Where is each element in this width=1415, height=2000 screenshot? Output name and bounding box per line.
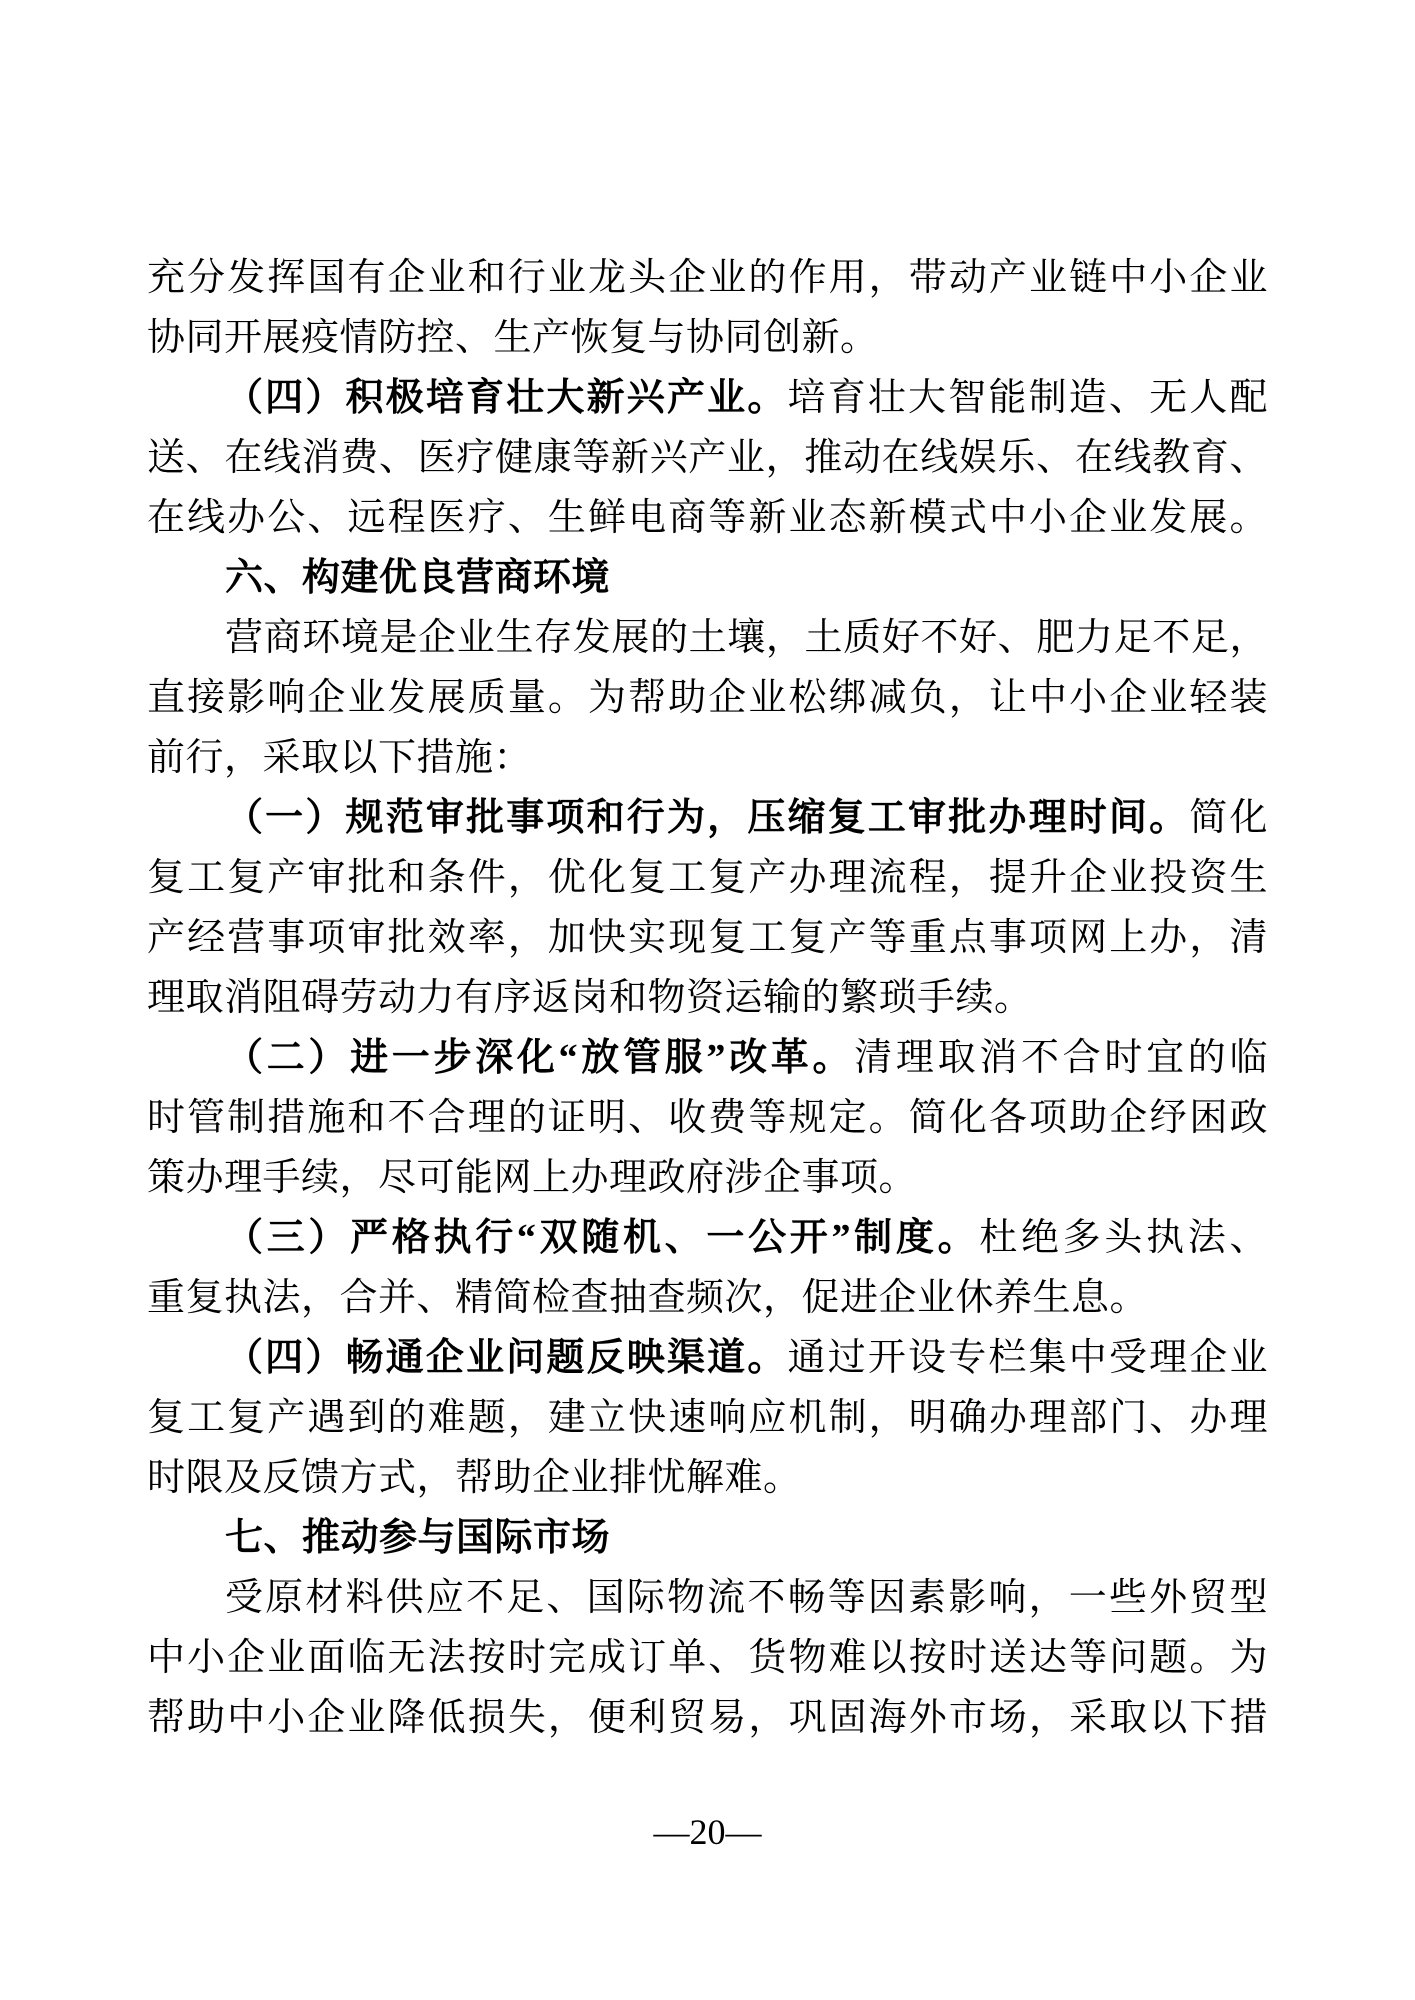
text-line: 在线办公、远程医疗、生鲜电商等新业态新模式中小企业发展。 (147, 488, 1268, 548)
document-page: 充分发挥国有企业和行业龙头企业的作用，带动产业链中小企业协同开展疫情防控、生产恢… (0, 0, 1415, 2000)
section-heading-line: 六、构建优良营商环境 (147, 548, 1268, 608)
body-text: 前行，采取以下措施： (147, 737, 532, 779)
body-text: 时管制措施和不合理的证明、收费等规定。简化各项助企纾困政 (147, 1097, 1268, 1139)
text-line: 直接影响企业发展质量。为帮助企业松绑减负，让中小企业轻装 (147, 668, 1268, 728)
body-text: 时限及反馈方式，帮助企业排忧解难。 (147, 1457, 802, 1499)
text-line: 受原材料供应不足、国际物流不畅等因素影响，一些外贸型 (147, 1568, 1268, 1628)
text-line: 营商环境是企业生存发展的土壤，土质好不好、肥力足不足， (147, 608, 1268, 668)
body-text: 杜绝多头执法、 (979, 1217, 1268, 1259)
text-line: 策办理手续，尽可能网上办理政府涉企事项。 (147, 1148, 1268, 1208)
lead-sentence-text: （四）积极培育壮大新兴产业。 (225, 377, 788, 419)
text-line: （二）进一步深化“放管服”改革。清理取消不合时宜的临 (147, 1028, 1268, 1088)
body-text: 送、在线消费、医疗健康等新兴产业，推动在线娱乐、在线教育、 (147, 437, 1268, 479)
text-line: （四）积极培育壮大新兴产业。培育壮大智能制造、无人配 (147, 368, 1268, 428)
text-line: （三）严格执行“双随机、一公开”制度。杜绝多头执法、 (147, 1208, 1268, 1268)
body-text: 复工复产遇到的难题，建立快速响应机制，明确办理部门、办理 (147, 1397, 1268, 1439)
body-text: 营商环境是企业生存发展的土壤，土质好不好、肥力足不足， (225, 617, 1268, 659)
text-line: 复工复产审批和条件，优化复工复产办理流程，提升企业投资生 (147, 848, 1268, 908)
lead-sentence-text: （三）严格执行“双随机、一公开”制度。 (225, 1217, 979, 1259)
body-text: 在线办公、远程医疗、生鲜电商等新业态新模式中小企业发展。 (147, 497, 1268, 539)
text-block: 充分发挥国有企业和行业龙头企业的作用，带动产业链中小企业协同开展疫情防控、生产恢… (147, 248, 1268, 1748)
body-text: 清理取消不合时宜的临 (854, 1037, 1268, 1079)
text-line: 时限及反馈方式，帮助企业排忧解难。 (147, 1448, 1268, 1508)
body-text: 简化 (1189, 797, 1268, 839)
text-line: 前行，采取以下措施： (147, 728, 1268, 788)
text-line: 充分发挥国有企业和行业龙头企业的作用，带动产业链中小企业 (147, 248, 1268, 308)
body-text: 直接影响企业发展质量。为帮助企业松绑减负，让中小企业轻装 (147, 677, 1268, 719)
text-line: 送、在线消费、医疗健康等新兴产业，推动在线娱乐、在线教育、 (147, 428, 1268, 488)
text-line: （四）畅通企业问题反映渠道。通过开设专栏集中受理企业 (147, 1328, 1268, 1388)
page-number: —20— (0, 1804, 1415, 1860)
section-heading-line: 七、推动参与国际市场 (147, 1508, 1268, 1568)
body-text: 产经营事项审批效率，加快实现复工复产等重点事项网上办，清 (147, 917, 1268, 959)
lead-sentence-text: （二）进一步深化“放管服”改革。 (225, 1037, 854, 1079)
lead-sentence-text: （四）畅通企业问题反映渠道。 (225, 1337, 788, 1379)
text-line: （一）规范审批事项和行为，压缩复工审批办理时间。简化 (147, 788, 1268, 848)
text-line: 中小企业面临无法按时完成订单、货物难以按时送达等问题。为 (147, 1628, 1268, 1688)
body-text: 中小企业面临无法按时完成订单、货物难以按时送达等问题。为 (147, 1637, 1268, 1679)
text-line: 时管制措施和不合理的证明、收费等规定。简化各项助企纾困政 (147, 1088, 1268, 1148)
body-text: 帮助中小企业降低损失，便利贸易，巩固海外市场，采取以下措 (147, 1697, 1268, 1739)
body-text: 协同开展疫情防控、生产恢复与协同创新。 (147, 317, 879, 359)
body-text: 受原材料供应不足、国际物流不畅等因素影响，一些外贸型 (225, 1577, 1268, 1619)
text-line: 帮助中小企业降低损失，便利贸易，巩固海外市场，采取以下措 (147, 1688, 1268, 1748)
text-line: 协同开展疫情防控、生产恢复与协同创新。 (147, 308, 1268, 368)
body-text: 理取消阻碍劳动力有序返岗和物资运输的繁琐手续。 (147, 977, 1033, 1019)
body-text: 充分发挥国有企业和行业龙头企业的作用，带动产业链中小企业 (147, 257, 1268, 299)
text-line: 产经营事项审批效率，加快实现复工复产等重点事项网上办，清 (147, 908, 1268, 968)
body-text: 通过开设专栏集中受理企业 (788, 1337, 1268, 1379)
body-text: 培育壮大智能制造、无人配 (788, 377, 1268, 419)
heading-text: 六、构建优良营商环境 (225, 557, 610, 599)
body-text: 重复执法，合并、精简检查抽查频次，促进企业休养生息。 (147, 1277, 1148, 1319)
body-text: 策办理手续，尽可能网上办理政府涉企事项。 (147, 1157, 917, 1199)
text-line: 复工复产遇到的难题，建立快速响应机制，明确办理部门、办理 (147, 1388, 1268, 1448)
heading-text: 七、推动参与国际市场 (225, 1517, 610, 1559)
text-line: 重复执法，合并、精简检查抽查频次，促进企业休养生息。 (147, 1268, 1268, 1328)
lead-sentence-text: （一）规范审批事项和行为，压缩复工审批办理时间。 (225, 797, 1189, 839)
text-line: 理取消阻碍劳动力有序返岗和物资运输的繁琐手续。 (147, 968, 1268, 1028)
body-text: 复工复产审批和条件，优化复工复产办理流程，提升企业投资生 (147, 857, 1268, 899)
